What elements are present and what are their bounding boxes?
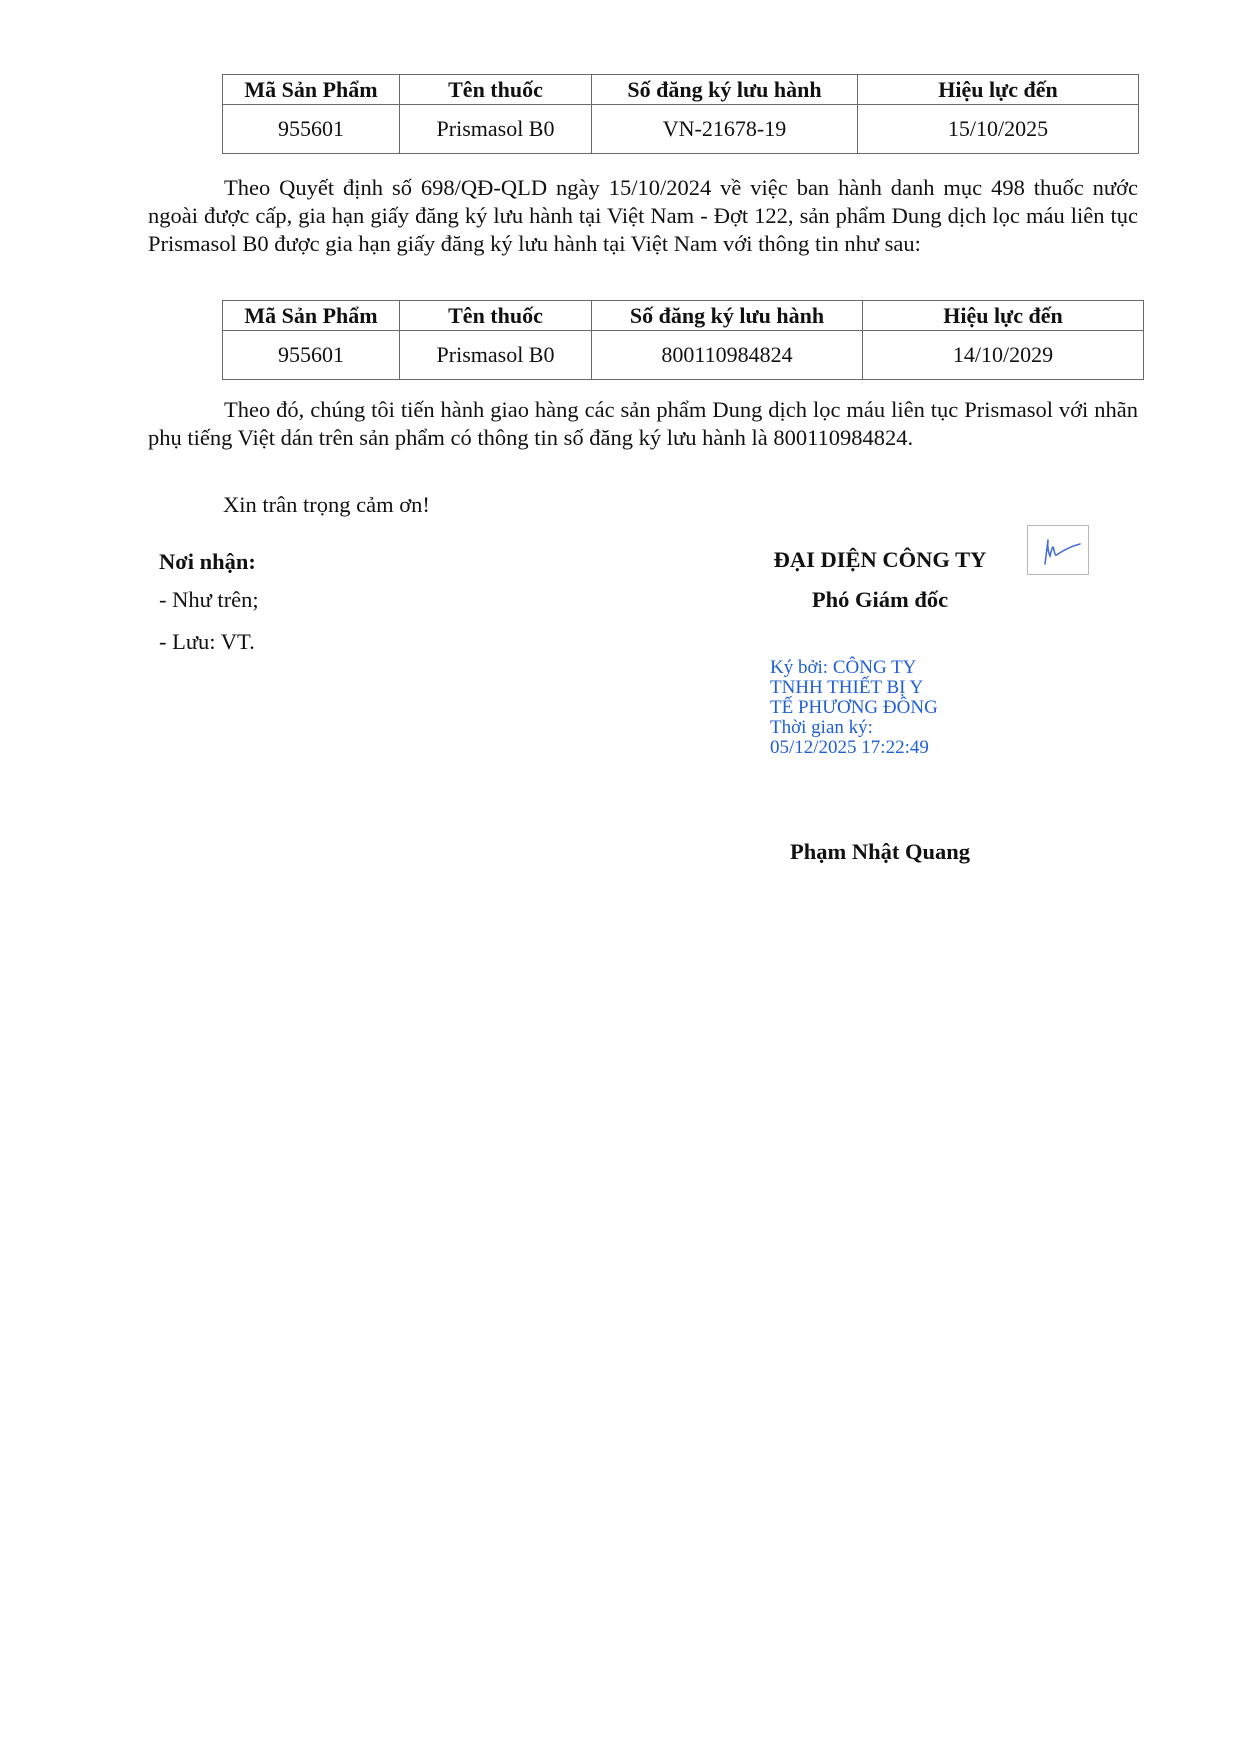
cell-drug-name: Prismasol B0 [400,105,592,154]
header-valid-until: Hiệu lực đến [858,75,1139,105]
handwritten-signature-icon [1028,526,1088,574]
table-header-row: Mã Sản Phẩm Tên thuốc Số đăng ký lưu hàn… [223,75,1139,105]
registration-table-old: Mã Sản Phẩm Tên thuốc Số đăng ký lưu hàn… [222,74,1139,154]
header-product-code: Mã Sản Phẩm [223,301,400,331]
signer-name: Phạm Nhật Quang [760,838,1000,866]
header-drug-name: Tên thuốc [400,301,592,331]
cell-product-code: 955601 [223,331,400,380]
registration-table-new: Mã Sản Phẩm Tên thuốc Số đăng ký lưu hàn… [222,300,1144,380]
header-valid-until: Hiệu lực đến [863,301,1144,331]
cell-drug-name: Prismasol B0 [400,331,592,380]
signer-position: Phó Giám đốc [760,586,1000,614]
paragraph-delivery: Theo đó, chúng tôi tiến hành giao hàng c… [148,396,1138,452]
org-title: ĐẠI DIỆN CÔNG TY [760,546,1000,574]
recipient-item: - Như trên; [159,586,259,614]
recipient-item: - Lưu: VT. [159,628,255,656]
recipients-title: Nơi nhận: [159,548,256,576]
cell-valid-until: 15/10/2025 [858,105,1139,154]
cell-product-code: 955601 [223,105,400,154]
header-registration-number: Số đăng ký lưu hành [592,75,858,105]
table-header-row: Mã Sản Phẩm Tên thuốc Số đăng ký lưu hàn… [223,301,1144,331]
header-drug-name: Tên thuốc [400,75,592,105]
cell-valid-until: 14/10/2029 [863,331,1144,380]
cell-registration-number: 800110984824 [592,331,863,380]
table-row: 955601 Prismasol B0 800110984824 14/10/2… [223,331,1144,380]
header-product-code: Mã Sản Phẩm [223,75,400,105]
closing-text: Xin trân trọng cảm ơn! [223,491,430,519]
signature-image [1027,525,1089,575]
digital-signature-info: Ký bởi: CÔNG TY TNHH THIẾT BỊ Y TẾ PHƯƠN… [770,658,938,758]
table-row: 955601 Prismasol B0 VN-21678-19 15/10/20… [223,105,1139,154]
paragraph-decision: Theo Quyết định số 698/QĐ-QLD ngày 15/10… [148,174,1138,258]
cell-registration-number: VN-21678-19 [592,105,858,154]
header-registration-number: Số đăng ký lưu hành [592,301,863,331]
